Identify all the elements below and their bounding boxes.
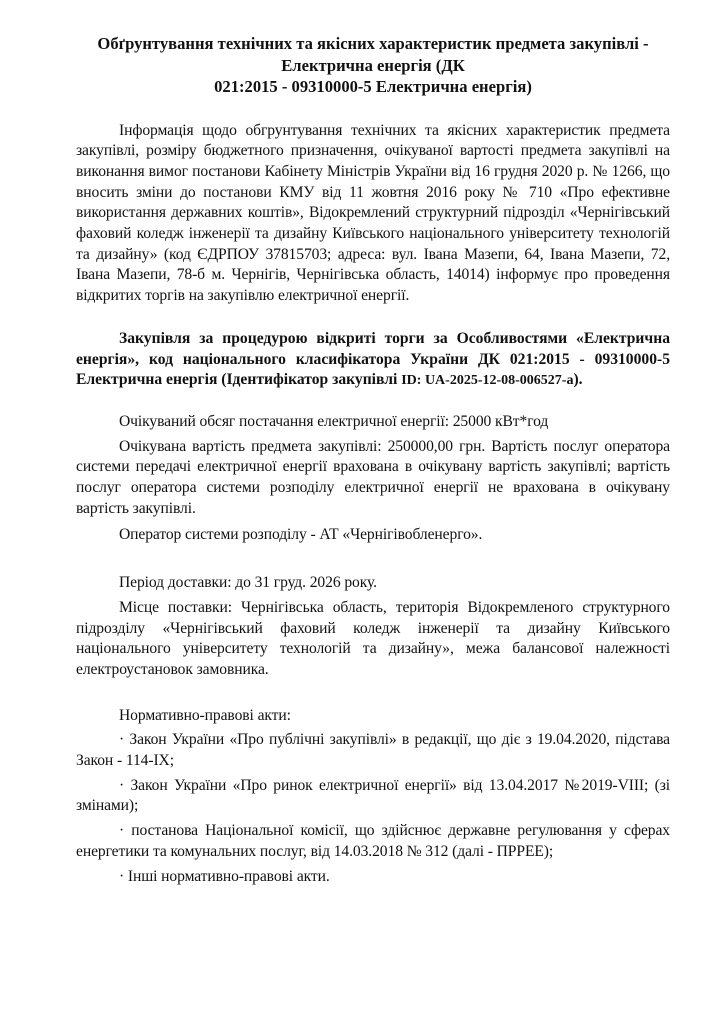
delivery-period: Період доставки: до 31 груд. 2026 року. [76, 573, 670, 594]
procurement-paragraph: Закупівля за процедурою відкриті торги з… [76, 329, 670, 392]
expected-volume: Очікуваний обсяг постачання електричної … [76, 412, 670, 433]
intro-paragraph: Інформація щодо обгрунтування технічних … [76, 121, 670, 307]
title-line-3: 021:2015 - 09310000-5 Електрична енергія… [76, 76, 670, 98]
legal-act-item: · постанова Національної комісії, що зді… [76, 821, 670, 862]
document-title: Обґрунтування технічних та якісних харак… [76, 33, 670, 98]
legal-acts-heading: Нормативно-правові акти: [76, 706, 670, 727]
expected-cost: Очікувана вартість предмета закупівлі: 2… [76, 437, 670, 520]
procurement-id: ID: UA-2025-12-08-006527-a [401, 373, 573, 388]
procurement-close: ). [573, 371, 582, 388]
title-line-2: Електрична енергія (ДК [76, 55, 670, 77]
legal-act-item: · Закон України «Про публічні закупівлі»… [76, 730, 670, 771]
distribution-operator: Оператор системи розподілу - АТ «Чернігі… [76, 525, 670, 546]
title-line-1: Обґрунтування технічних та якісних харак… [76, 33, 670, 55]
legal-act-item: · Закон України «Про ринок електричної е… [76, 776, 670, 817]
delivery-place: Місце поставки: Чернігівська область, те… [76, 598, 670, 681]
legal-act-item: · Інші нормативно-правові акти. [76, 867, 670, 888]
document-page: Обґрунтування технічних та якісних харак… [76, 33, 670, 887]
